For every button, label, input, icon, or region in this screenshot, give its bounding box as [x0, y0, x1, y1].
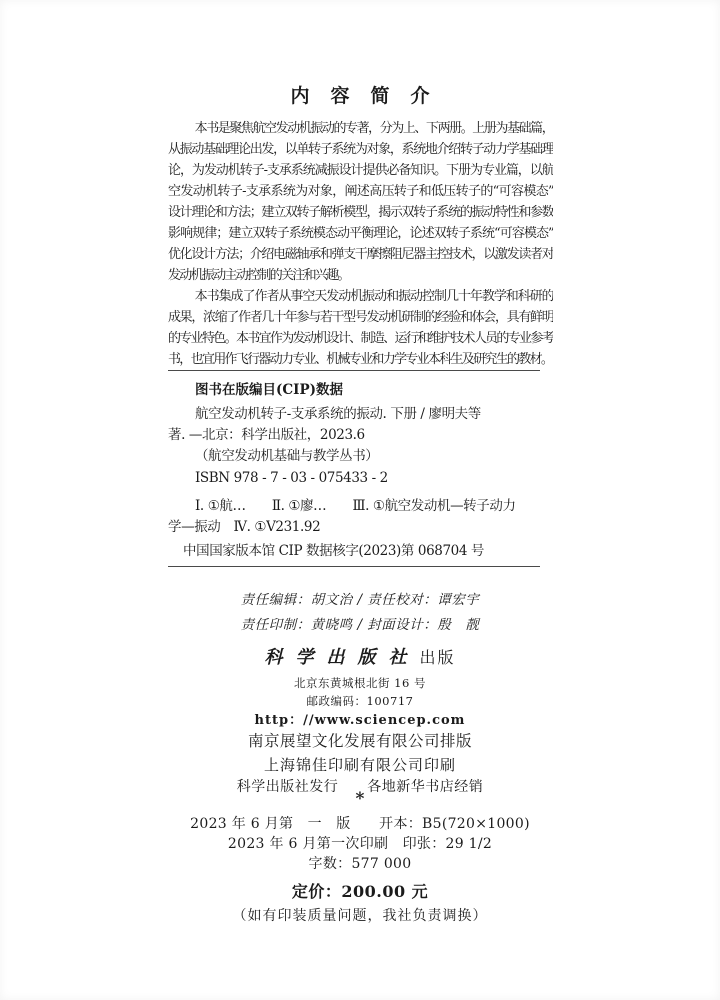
paragraph-line: 影响规律；建立双转子系统模态动平衡理论，论述双转子系统“可容模态” [168, 223, 553, 244]
paragraph-line: 设计理论和方法；建立双转子解析模型，揭示双转子系统的振动特性和参数 [168, 202, 553, 223]
publisher-postcode: 邮政编码：100717 [120, 693, 600, 710]
production-block: 南京展望文化发展有限公司排版 上海锦佳印刷有限公司印刷 科学出版社发行 各地新华… [120, 730, 600, 797]
paragraph-line: 的专业特色。本书宜作为发动机设计、制造、运行和维护技术人员的专业参考 [168, 328, 553, 349]
word-count-line: 字数：577 000 [120, 854, 600, 874]
paragraph-line: 本书集成了作者从事空天发动机振动和振动控制几十年教学和科研的 [168, 286, 553, 307]
cip-series: （航空发动机基础与教学丛书） [168, 446, 540, 467]
paragraph-line: 成果，浓缩了作者几十年参与若干型号发动机研制的经验和体会，具有鲜明 [168, 307, 553, 328]
paragraph-line: 空发动机转子-支承系统为对象，阐述高压转子和低压转子的“可容模态” [168, 181, 553, 202]
publisher-logo: 科学出版社 [264, 647, 419, 668]
paragraph-line: 论，为发动机转子-支承系统减振设计提供必备知识。下册为专业篇，以航 [168, 160, 553, 181]
cip-entry-line2: 著. —北京：科学出版社，2023.6 [168, 425, 540, 446]
summary-paragraph-2: 本书集成了作者从事空天发动机振动和振动控制几十年教学和科研的 成果，浓缩了作者几… [168, 286, 553, 370]
book-copyright-page: 内 容 简 介 本书是聚焦航空发动机振动的专著，分为上、下两册。上册为基础篇， … [0, 0, 720, 1000]
paragraph-line: 书，也宜用作飞行器动力专业、机械专业和力学专业本科生及研究生的教材。 [168, 349, 553, 370]
paragraph-line: 本书是聚焦航空发动机振动的专著，分为上、下两册。上册为基础篇， [168, 118, 553, 139]
quality-notice-line: （如有印装质量问题，我社负责调换） [120, 906, 600, 927]
cip-classification-line2: 学—振动 Ⅳ. ①V231.92 [168, 517, 540, 538]
printing-line: 2023 年 6 月第一次印刷 印张：29 1/2 [120, 834, 600, 854]
cip-data-block: 图书在版编目(CIP)数据 航空发动机转子-支承系统的振动. 下册 / 廖明夫等… [168, 370, 540, 567]
publisher-website: http：//www.sciencep.com [120, 712, 600, 730]
publisher-block: 科学出版社出版 北京东黄城根北街 16 号 邮政编码：100717 http：/… [120, 646, 600, 730]
edition-info-block: 2023 年 6 月第 一 版 开本：B5(720×1000) 2023 年 6… [120, 814, 600, 927]
price-line: 定价：200.00 元 [120, 879, 600, 904]
publisher-address: 北京东黄城根北街 16 号 [120, 675, 600, 692]
summary-paragraph-1: 本书是聚焦航空发动机振动的专著，分为上、下两册。上册为基础篇， 从振动基础理论出… [168, 118, 553, 286]
staff-line-print-design: 责任印制：黄晓鸣 / 封面设计：殷 靓 [120, 613, 600, 638]
page-title: 内 容 简 介 [168, 84, 553, 108]
edition-line: 2023 年 6 月第 一 版 开本：B5(720×1000) [120, 814, 600, 834]
isbn-number: ISBN 978 - 7 - 03 - 075433 - 2 [168, 468, 540, 489]
cip-heading: 图书在版编目(CIP)数据 [168, 380, 540, 401]
publisher-logo-line: 科学出版社出版 [120, 646, 600, 670]
cip-record-number: 中国国家版本馆 CIP 数据核字(2023)第 068704 号 [168, 541, 540, 562]
content-summary-section: 内 容 简 介 本书是聚焦航空发动机振动的专著，分为上、下两册。上册为基础篇， … [168, 84, 553, 370]
paragraph-line: 发动机振动主动控制的关注和兴趣。 [168, 265, 553, 286]
paragraph-line: 从振动基础理论出发，以单转子系统为对象，系统地介绍转子动力学基础理 [168, 139, 553, 160]
publish-label: 出版 [419, 648, 455, 667]
cip-classification-line1: Ⅰ. ①航… Ⅱ. ①廖… Ⅲ. ①航空发动机—转子动力 [168, 496, 540, 517]
paragraph-line: 优化设计方法；介绍电磁轴承和弹支干摩擦阻尼器主控技术，以激发读者对 [168, 244, 553, 265]
editorial-staff-block: 责任编辑：胡文治 / 责任校对：谭宏宇 责任印制：黄晓鸣 / 封面设计：殷 靓 [120, 588, 600, 638]
printer-line: 上海锦佳印刷有限公司印刷 [120, 753, 600, 777]
typesetter-line: 南京展望文化发展有限公司排版 [120, 730, 600, 753]
cip-entry-line1: 航空发动机转子-支承系统的振动. 下册 / 廖明夫等 [168, 404, 540, 425]
staff-line-editors: 责任编辑：胡文治 / 责任校对：谭宏宇 [120, 588, 600, 613]
section-separator-asterisk: * [120, 790, 600, 808]
